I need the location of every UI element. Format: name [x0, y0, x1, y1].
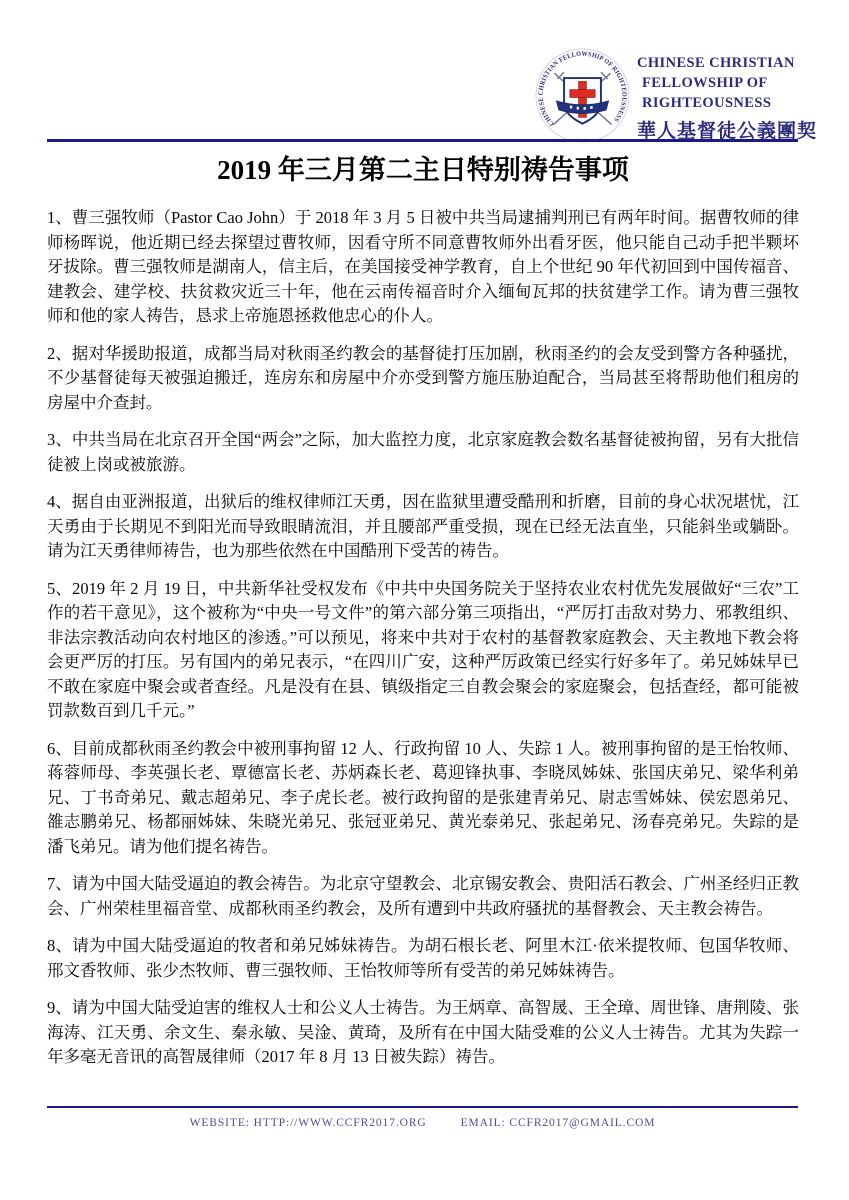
prayer-item-4: 4、据自由亚洲报道，出狱后的维权律师江天勇，因在监狱里遭受酷刑和折磨，目前的身心…: [47, 490, 799, 564]
prayer-item-6: 6、目前成都秋雨圣约教会中被刑事拘留 12 人、行政拘留 10 人、失踪 1 人…: [47, 737, 799, 860]
footer: WEBSITE: HTTP://WWW.CCFR2017.ORGEMAIL: C…: [47, 1117, 798, 1129]
seal-icon: CHINESE CHRISTIAN FELLOWSHIP OF RIGHTEOU…: [534, 47, 631, 144]
header-divider: [47, 139, 798, 142]
org-name-english: CHINESE CHRISTIAN FELLOWSHIP OF RIGHTEOU…: [637, 53, 812, 113]
org-name-line1: CHINESE CHRISTIAN: [637, 53, 812, 73]
footer-email: EMAIL: CCFR2017@GMAIL.COM: [461, 1117, 656, 1129]
prayer-item-2: 2、据对华援助报道，成都当局对秋雨圣约教会的基督徒打压加剧，秋雨圣约的会友受到警…: [47, 342, 799, 416]
prayer-item-8: 8、请为中国大陆受逼迫的牧者和弟兄姊妹祷告。为胡石根长老、阿里木江·依米提牧师、…: [47, 934, 799, 983]
prayer-item-1: 1、曹三强牧师（Pastor Cao John）于 2018 年 3 月 5 日…: [47, 206, 799, 329]
prayer-item-3: 3、中共当局在北京召开全国“两会”之际，加大监控力度，北京家庭教会数名基督徒被拘…: [47, 428, 799, 477]
prayer-item-7: 7、请为中国大陆受逼迫的教会祷告。为北京守望教会、北京锡安教会、贵阳活石教会、广…: [47, 872, 799, 921]
prayer-item-5: 5、2019 年 2 月 19 日，中共新华社受权发布《中共中央国务院关于坚持农…: [47, 577, 799, 724]
document-page: CHINESE CHRISTIAN FELLOWSHIP OF RIGHTEOU…: [0, 0, 849, 1200]
letterhead: CHINESE CHRISTIAN FELLOWSHIP OF RIGHTEOU…: [0, 0, 849, 142]
org-name-block: CHINESE CHRISTIAN FELLOWSHIP OF RIGHTEOU…: [637, 53, 812, 143]
org-name-line2: FELLOWSHIP OF: [637, 73, 812, 93]
document-body: 2019 年三月第二主日特别祷告事项 1、曹三强牧师（Pastor Cao Jo…: [47, 153, 799, 1070]
fellowship-seal-logo: CHINESE CHRISTIAN FELLOWSHIP OF RIGHTEOU…: [534, 47, 631, 144]
footer-divider: [47, 1106, 798, 1108]
footer-website: WEBSITE: HTTP://WWW.CCFR2017.ORG: [190, 1117, 427, 1129]
prayer-item-9: 9、请为中国大陆受迫害的维权人士和公义人士祷告。为王炳章、高智晟、王全璋、周世锋…: [47, 996, 799, 1070]
org-name-line3: RIGHTEOUSNESS: [637, 93, 812, 113]
page-title: 2019 年三月第二主日特别祷告事项: [47, 153, 799, 187]
